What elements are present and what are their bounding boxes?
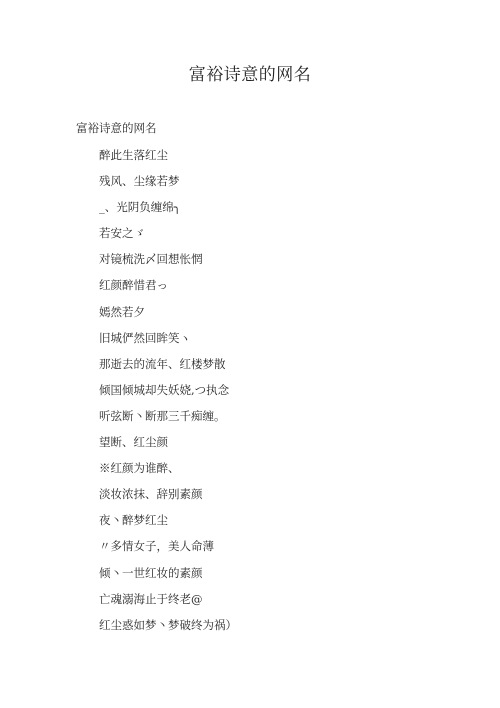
list-item: 红尘惑如梦丶梦破终为祸） [99, 617, 237, 643]
document-title: 富裕诗意的网名 [0, 64, 500, 86]
nickname-list: 醉此生落红尘 残风、尘缘若梦 _、光阴负缠绵╮ 若安之ゞ 对镜梳洗〆回想怅惘 红… [99, 147, 237, 643]
section-heading: 富裕诗意的网名 [76, 120, 157, 136]
list-item: _、光阴负缠绵╮ [99, 199, 237, 225]
list-item: 若安之ゞ [99, 225, 237, 251]
list-item: 夜丶醉梦红尘 [99, 512, 237, 538]
list-item: 〃多情女子，美人命薄 [99, 538, 237, 564]
list-item: 听弦断丶断那三千痴缠。 [99, 408, 237, 434]
list-item: ※红颜为谁醉、 [99, 460, 237, 486]
list-item: 旧城俨然回眸笑ヽ [99, 330, 237, 356]
list-item: 对镜梳洗〆回想怅惘 [99, 251, 237, 277]
list-item: 淡妆浓抹、辞别素颜 [99, 486, 237, 512]
list-item: 望断、红尘颜 [99, 434, 237, 460]
list-item: 亡魂溺海止于终老@ [99, 591, 237, 617]
list-item: 倾国倾城却失妖娆,つ执念 [99, 382, 237, 408]
list-item: 倾丶一世红妆的素颜 [99, 565, 237, 591]
list-item: 红颜醉惜君っ [99, 277, 237, 303]
list-item: 醉此生落红尘 [99, 147, 237, 173]
document-page: 富裕诗意的网名 富裕诗意的网名 醉此生落红尘 残风、尘缘若梦 _、光阴负缠绵╮ … [0, 0, 500, 708]
list-item: 那逝去的流年、红楼梦散 [99, 356, 237, 382]
list-item: 嫣然若夕 [99, 304, 237, 330]
list-item: 残风、尘缘若梦 [99, 173, 237, 199]
